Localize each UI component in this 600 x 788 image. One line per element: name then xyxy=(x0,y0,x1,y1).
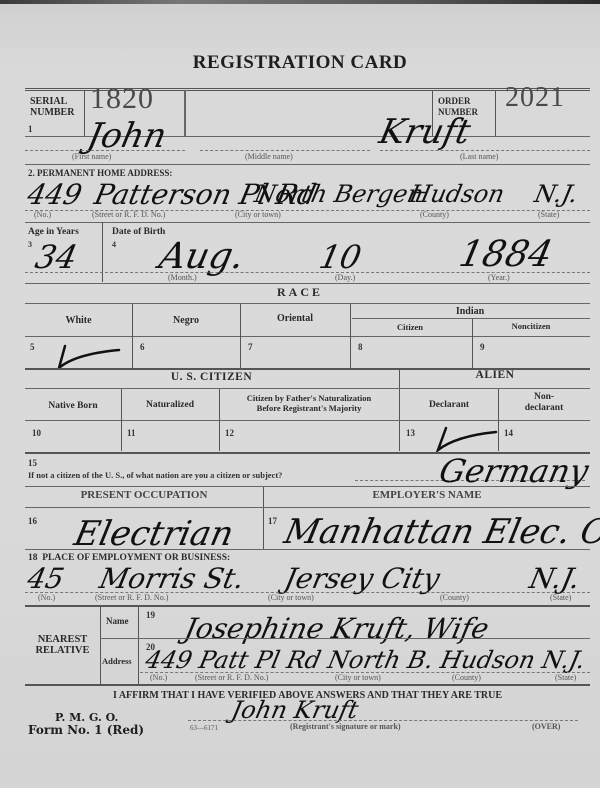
rule xyxy=(25,684,590,686)
caption-no: (No.) xyxy=(34,210,51,219)
address-city-value: North Bergen xyxy=(252,180,426,208)
occupation-value: Electrian xyxy=(71,514,237,554)
caption-street: (Street or R. F. D. No.) xyxy=(95,593,168,602)
caption-city: (City or town) xyxy=(268,593,314,602)
caption-no: (No.) xyxy=(38,593,55,602)
address-county-value: Hudson xyxy=(407,180,507,208)
field-number: 8 xyxy=(358,342,363,352)
rule xyxy=(25,388,590,389)
middle-name-caption: (Middle name) xyxy=(245,152,293,161)
rule xyxy=(25,150,185,151)
field-number: 5 xyxy=(30,342,35,352)
caption-state: (State) xyxy=(555,673,576,682)
alien-header: ALIEN xyxy=(400,370,590,381)
employment-number-value: 45 xyxy=(24,562,67,595)
divider xyxy=(102,222,103,282)
field-number: 1 xyxy=(28,124,33,134)
print-code: 63—6171 xyxy=(190,724,218,732)
field-number: 11 xyxy=(127,428,136,438)
relative-address-value: 449 Patt Pl Rd North B. Hudson N.J. xyxy=(143,646,588,674)
rule xyxy=(25,549,590,550)
signature-caption: (Registrant's signature or mark) xyxy=(290,722,401,731)
race-header: RACE xyxy=(0,287,600,298)
last-name-caption: (Last name) xyxy=(460,152,498,161)
field-number: 3 xyxy=(28,240,32,249)
field-number: 16 xyxy=(28,516,37,526)
divider xyxy=(184,90,186,136)
divider xyxy=(132,304,133,368)
native-born-label: Native Born xyxy=(25,401,121,412)
caption-street: (Street or R. F. D. No.) xyxy=(195,673,268,682)
field-number: 9 xyxy=(480,342,485,352)
rule xyxy=(25,222,590,223)
rule xyxy=(100,638,590,639)
serial-number: 1820 xyxy=(90,82,154,116)
address-number-value: 449 xyxy=(24,178,84,211)
father-naturalization-label: Citizen by Father's NaturalizationBefore… xyxy=(219,393,399,413)
nearest-relative-label: NEARESTRELATIVE xyxy=(25,634,100,656)
divider xyxy=(84,90,85,136)
caption-state: (State) xyxy=(550,593,571,602)
address-state-value: N.J. xyxy=(532,180,580,208)
rule xyxy=(200,150,370,151)
rule xyxy=(25,272,103,273)
field-number: 19 xyxy=(146,610,155,620)
relative-name-value: Josephine Kruft, Wife xyxy=(181,612,491,645)
declarant-label: Declarant xyxy=(400,400,498,411)
dob-year-value: 1884 xyxy=(456,234,556,275)
rule xyxy=(25,336,590,337)
field-number: 10 xyxy=(32,428,41,438)
order-number: 2021 xyxy=(505,82,565,114)
divider xyxy=(472,319,473,368)
caption-county: (County) xyxy=(420,210,449,219)
last-name-value: Kruft xyxy=(376,112,474,152)
dob-month-value: Aug. xyxy=(156,236,248,277)
dob-label: Date of Birth xyxy=(112,227,165,238)
occupation-header: PRESENT OCCUPATION xyxy=(25,490,263,501)
race-white-label: White xyxy=(25,315,132,326)
card-title: REGISTRATION CARD xyxy=(0,52,600,74)
registration-card: REGISTRATION CARD SERIALNUMBER 1820 ORDE… xyxy=(0,0,600,788)
rule xyxy=(25,164,590,165)
divider xyxy=(100,606,101,684)
employment-street-value: Morris St. xyxy=(96,562,247,595)
employment-state-value: N.J. xyxy=(526,562,583,595)
rule xyxy=(380,150,590,151)
field-number: 6 xyxy=(140,342,145,352)
divider xyxy=(263,487,264,549)
nation-question: If not a citizen of the U. S., of what n… xyxy=(28,470,282,480)
age-value: 34 xyxy=(32,238,81,276)
field-number: 12 xyxy=(225,428,234,438)
relative-name-label: Name xyxy=(106,616,129,627)
divider xyxy=(350,304,351,368)
field-number: 17 xyxy=(268,516,277,526)
caption-no: (No.) xyxy=(150,673,167,682)
rule xyxy=(352,318,590,319)
employer-value: Manhattan Elec. Co. xyxy=(281,512,600,552)
serial-label: SERIALNUMBER xyxy=(30,96,74,118)
field-number: 14 xyxy=(504,428,513,438)
race-indian-noncitizen-label: Noncitizen xyxy=(472,321,590,332)
field-number: 7 xyxy=(248,342,253,352)
caption-city: (City or town) xyxy=(235,210,281,219)
field-number: 15 xyxy=(28,458,37,468)
naturalized-label: Naturalized xyxy=(121,400,219,411)
caption-day: (Day.) xyxy=(335,273,355,282)
nation-value: Germany xyxy=(436,452,592,490)
field-number: 13 xyxy=(406,428,415,438)
us-citizen-header: U. S. CITIZEN xyxy=(25,372,398,383)
rule xyxy=(25,303,590,304)
rule xyxy=(25,605,590,607)
divider xyxy=(495,90,496,136)
form-number-label: Form No. 1 (Red) xyxy=(28,723,144,737)
field-number: 4 xyxy=(112,240,116,249)
rule xyxy=(25,420,590,421)
caption-city: (City or town) xyxy=(335,673,381,682)
rule xyxy=(25,507,590,508)
race-indian-citizen-label: Citizen xyxy=(350,322,470,333)
employment-city-value: Jersey City xyxy=(281,562,442,595)
divider xyxy=(219,389,220,451)
caption-state: (State) xyxy=(538,210,559,219)
over-label: (OVER) xyxy=(532,722,560,731)
checkmark-icon xyxy=(432,424,502,452)
signature-line xyxy=(188,720,578,721)
race-negro-label: Negro xyxy=(132,315,240,326)
age-label: Age in Years xyxy=(28,227,79,238)
scan-edge xyxy=(0,0,600,4)
caption-year: (Year.) xyxy=(488,273,510,282)
rule xyxy=(25,283,590,284)
race-indian-label: Indian xyxy=(350,306,590,317)
nondeclarant-label: Non-declarant xyxy=(498,392,590,414)
race-oriental-label: Oriental xyxy=(240,313,350,324)
caption-county: (County) xyxy=(452,673,481,682)
divider xyxy=(121,389,122,451)
divider xyxy=(240,304,241,368)
checkmark-icon xyxy=(55,342,125,370)
first-name-caption: (First name) xyxy=(72,152,111,161)
dob-day-value: 10 xyxy=(316,238,365,276)
caption-street: (Street or R. F. D. No.) xyxy=(92,210,165,219)
rule xyxy=(25,486,590,487)
caption-county: (County) xyxy=(440,593,469,602)
caption-month: (Month.) xyxy=(168,273,197,282)
employer-header: EMPLOYER'S NAME xyxy=(264,490,590,501)
relative-address-label: Address xyxy=(102,656,132,667)
divider xyxy=(138,606,139,684)
